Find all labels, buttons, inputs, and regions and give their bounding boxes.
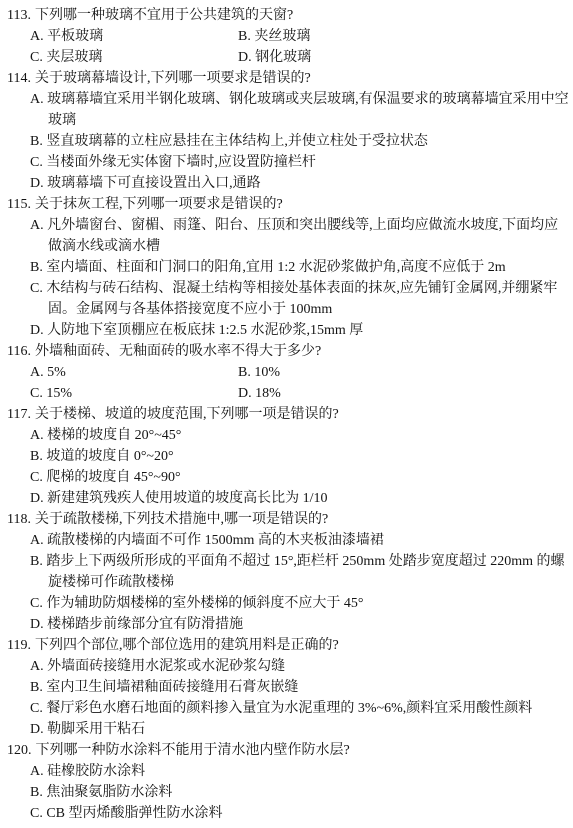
question-number: 118. [7, 509, 31, 530]
question-title: 关于玻璃幕墙设计,下列哪一项要求是错误的? [35, 71, 311, 86]
option-C: C. 作为辅助防烟楼梯的室外楼梯的倾斜度不应大于 45° [7, 593, 569, 614]
question-title: 下列哪一种玻璃不宜用于公共建筑的天窗? [35, 8, 293, 23]
option-row: A. 平板玻璃B. 夹丝玻璃 [30, 26, 569, 47]
question-114: 114.关于玻璃幕墙设计,下列哪一项要求是错误的?A. 玻璃幕墙宜采用半钢化玻璃… [7, 68, 569, 194]
question-number: 115. [7, 194, 31, 215]
question-title-line: 118.关于疏散楼梯,下列技术措施中,哪一项是错误的? [7, 509, 569, 530]
option-D: D. 新建建筑残疾人使用坡道的坡度高长比为 1/10 [7, 488, 569, 509]
question-title: 外墙釉面砖、无釉面砖的吸水率不得大于多少? [35, 344, 321, 359]
option-row: C. 夹层玻璃D. 钢化玻璃 [30, 47, 569, 68]
question-title: 关于楼梯、坡道的坡度范围,下列哪一项是错误的? [35, 407, 339, 422]
option-A: A. 外墙面砖接缝用水泥浆或水泥砂浆勾缝 [7, 656, 569, 677]
option-A: A. 硅橡胶防水涂料 [7, 761, 569, 782]
question-number: 119. [7, 635, 31, 656]
question-title: 下列四个部位,哪个部位选用的建筑用料是正确的? [35, 638, 339, 653]
option-row: A. 5%B. 10% [30, 362, 569, 383]
question-119: 119.下列四个部位,哪个部位选用的建筑用料是正确的?A. 外墙面砖接缝用水泥浆… [7, 635, 569, 740]
question-title-line: 116.外墙釉面砖、无釉面砖的吸水率不得大于多少? [7, 341, 569, 362]
option-B: B. 坡道的坡度自 0°~20° [7, 446, 569, 467]
option-C: C. 餐厅彩色水磨石地面的颜料掺入量宜为水泥重理的 3%~6%,颜料宜采用酸性颜… [7, 698, 569, 719]
question-title: 关于疏散楼梯,下列技术措施中,哪一项是错误的? [35, 512, 328, 527]
question-title-line: 114.关于玻璃幕墙设计,下列哪一项要求是错误的? [7, 68, 569, 89]
question-title: 下列哪一种防水涂料不能用于清水池内壁作防水层? [36, 743, 350, 758]
option-B: B. 室内卫生间墙裙釉面砖接缝用石膏灰嵌缝 [7, 677, 569, 698]
question-number: 117. [7, 404, 31, 425]
option-C: C. 当楼面外缘无实体窗下墙时,应设置防撞栏杆 [7, 152, 569, 173]
question-title-line: 117.关于楼梯、坡道的坡度范围,下列哪一项是错误的? [7, 404, 569, 425]
option-C: C. 夹层玻璃 [30, 47, 238, 68]
option-A: A. 玻璃幕墙宜采用半钢化玻璃、钢化玻璃或夹层玻璃,有保温要求的玻璃幕墙宜采用中… [7, 89, 569, 131]
option-C: C. CB 型丙烯酸脂弹性防水涂料 [7, 803, 569, 824]
option-D: D. 18% [238, 383, 569, 404]
option-D: D. 钢化玻璃 [238, 47, 569, 68]
question-115: 115.关于抹灰工程,下列哪一项要求是错误的?A. 凡外墙窗台、窗楣、雨篷、阳台… [7, 194, 569, 341]
option-B: B. 竖直玻璃幕的立柱应悬挂在主体结构上,并使立柱处于受拉状态 [7, 131, 569, 152]
question-title-line: 120.下列哪一种防水涂料不能用于清水池内壁作防水层? [7, 740, 569, 761]
exam-page: 113.下列哪一种玻璃不宜用于公共建筑的天窗?A. 平板玻璃B. 夹丝玻璃C. … [0, 0, 573, 828]
option-C: C. 木结构与砖石结构、混凝土结构等相接处基体表面的抹灰,应先铺钉金属网,并绷紧… [7, 278, 569, 320]
question-title-line: 113.下列哪一种玻璃不宜用于公共建筑的天窗? [7, 5, 569, 26]
option-A: A. 楼梯的坡度自 20°~45° [7, 425, 569, 446]
question-116: 116.外墙釉面砖、无釉面砖的吸水率不得大于多少?A. 5%B. 10%C. 1… [7, 341, 569, 404]
question-number: 114. [7, 68, 31, 89]
question-113: 113.下列哪一种玻璃不宜用于公共建筑的天窗?A. 平板玻璃B. 夹丝玻璃C. … [7, 5, 569, 68]
option-B: B. 夹丝玻璃 [238, 26, 569, 47]
option-B: B. 10% [238, 362, 569, 383]
option-C: C. 爬梯的坡度自 45°~90° [7, 467, 569, 488]
option-B: B. 踏步上下两级所形成的平面角不超过 15°,距栏杆 250mm 处踏步宽度超… [7, 551, 569, 593]
option-A: A. 凡外墙窗台、窗楣、雨篷、阳台、压顶和突出腰线等,上面均应做流水坡度,下面均… [7, 215, 569, 257]
option-D: D. 玻璃幕墙下可直接设置出入口,通路 [7, 173, 569, 194]
option-row: C. 15%D. 18% [30, 383, 569, 404]
question-number: 116. [7, 341, 31, 362]
question-title-line: 115.关于抹灰工程,下列哪一项要求是错误的? [7, 194, 569, 215]
question-117: 117.关于楼梯、坡道的坡度范围,下列哪一项是错误的?A. 楼梯的坡度自 20°… [7, 404, 569, 509]
option-D: D. 楼梯踏步前缘部分宜有防滑措施 [7, 614, 569, 635]
option-A: A. 平板玻璃 [30, 26, 238, 47]
question-number: 113. [7, 5, 31, 26]
question-number: 120. [7, 740, 32, 761]
question-title-line: 119.下列四个部位,哪个部位选用的建筑用料是正确的? [7, 635, 569, 656]
option-A: A. 疏散楼梯的内墙面不可作 1500mm 高的木夹板油漆墙裙 [7, 530, 569, 551]
option-C: C. 15% [30, 383, 238, 404]
option-B: B. 焦油聚氨脂防水涂料 [7, 782, 569, 803]
option-A: A. 5% [30, 362, 238, 383]
question-120: 120.下列哪一种防水涂料不能用于清水池内壁作防水层?A. 硅橡胶防水涂料B. … [7, 740, 569, 824]
question-title: 关于抹灰工程,下列哪一项要求是错误的? [35, 197, 283, 212]
option-D: D. 人防地下室顶棚应在板底抹 1:2.5 水泥砂浆,15mm 厚 [7, 320, 569, 341]
option-B: B. 室内墙面、柱面和门洞口的阳角,宜用 1:2 水泥砂浆做护角,高度不应低于 … [7, 257, 569, 278]
question-118: 118.关于疏散楼梯,下列技术措施中,哪一项是错误的?A. 疏散楼梯的内墙面不可… [7, 509, 569, 635]
option-D: D. 勒脚采用干粘石 [7, 719, 569, 740]
